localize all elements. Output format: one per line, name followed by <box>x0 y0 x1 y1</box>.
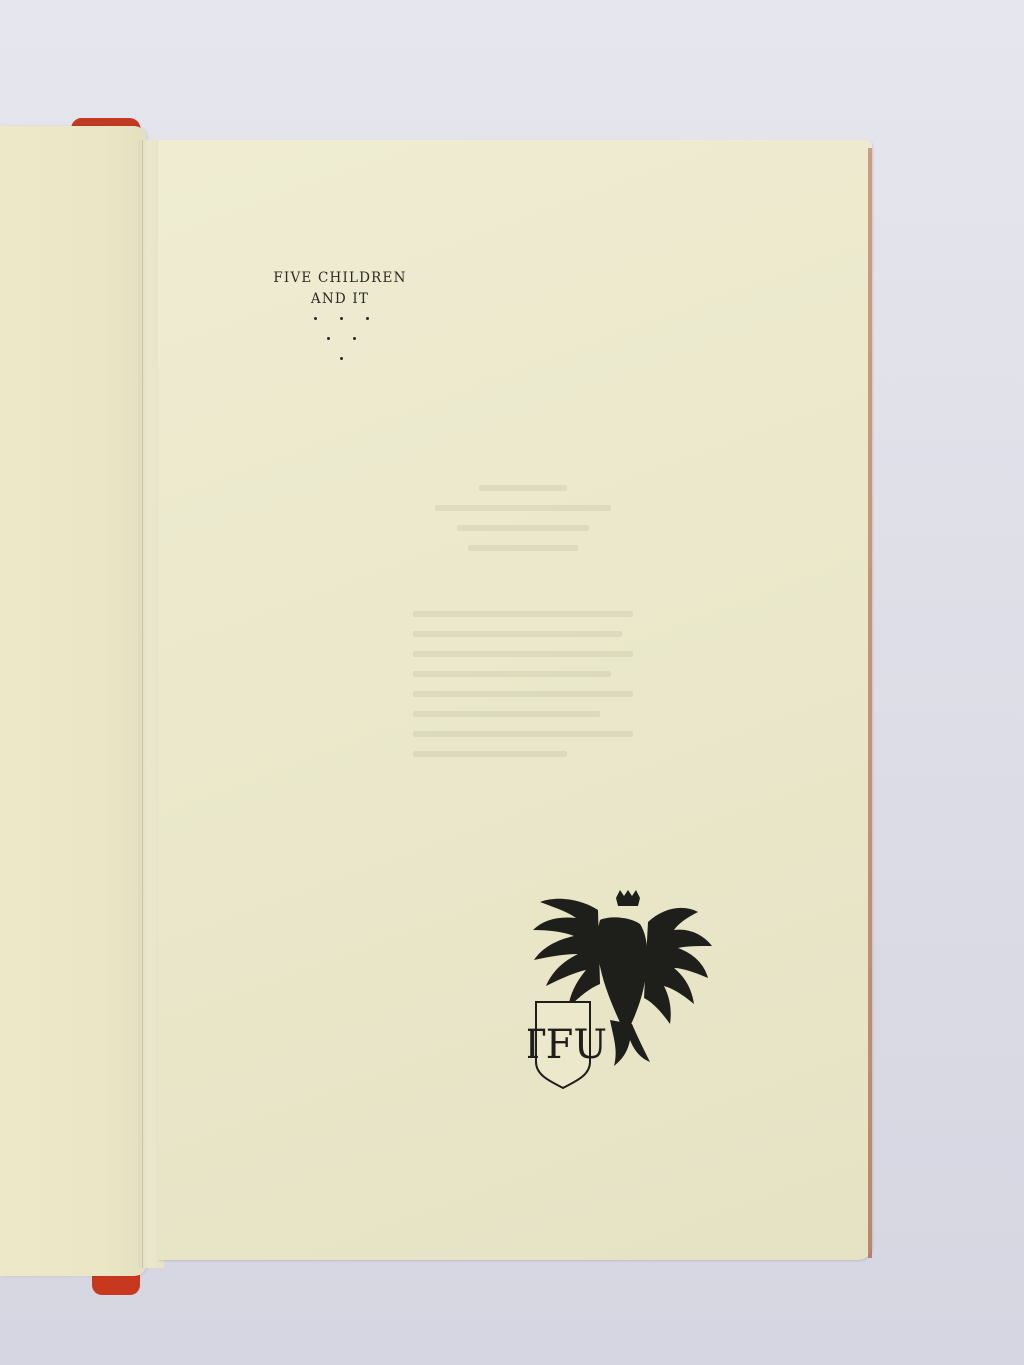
half-title: FIVE CHILDREN AND IT <box>260 268 420 310</box>
dot-ornament-icon <box>308 317 368 367</box>
half-title-line-1: FIVE CHILDREN <box>260 268 420 289</box>
left-endpaper-page <box>0 126 146 1276</box>
publisher-eagle-device-icon: TFU <box>528 890 718 1090</box>
red-binding-bottom <box>92 1275 140 1295</box>
half-title-line-2: AND IT <box>260 289 420 310</box>
show-through-text <box>413 485 633 825</box>
half-title-page: FIVE CHILDREN AND IT <box>158 140 872 1260</box>
red-binding-edge <box>868 148 872 1258</box>
monogram-text: TFU <box>528 1022 607 1068</box>
photo-scene: FIVE CHILDREN AND IT <box>0 0 1024 1365</box>
